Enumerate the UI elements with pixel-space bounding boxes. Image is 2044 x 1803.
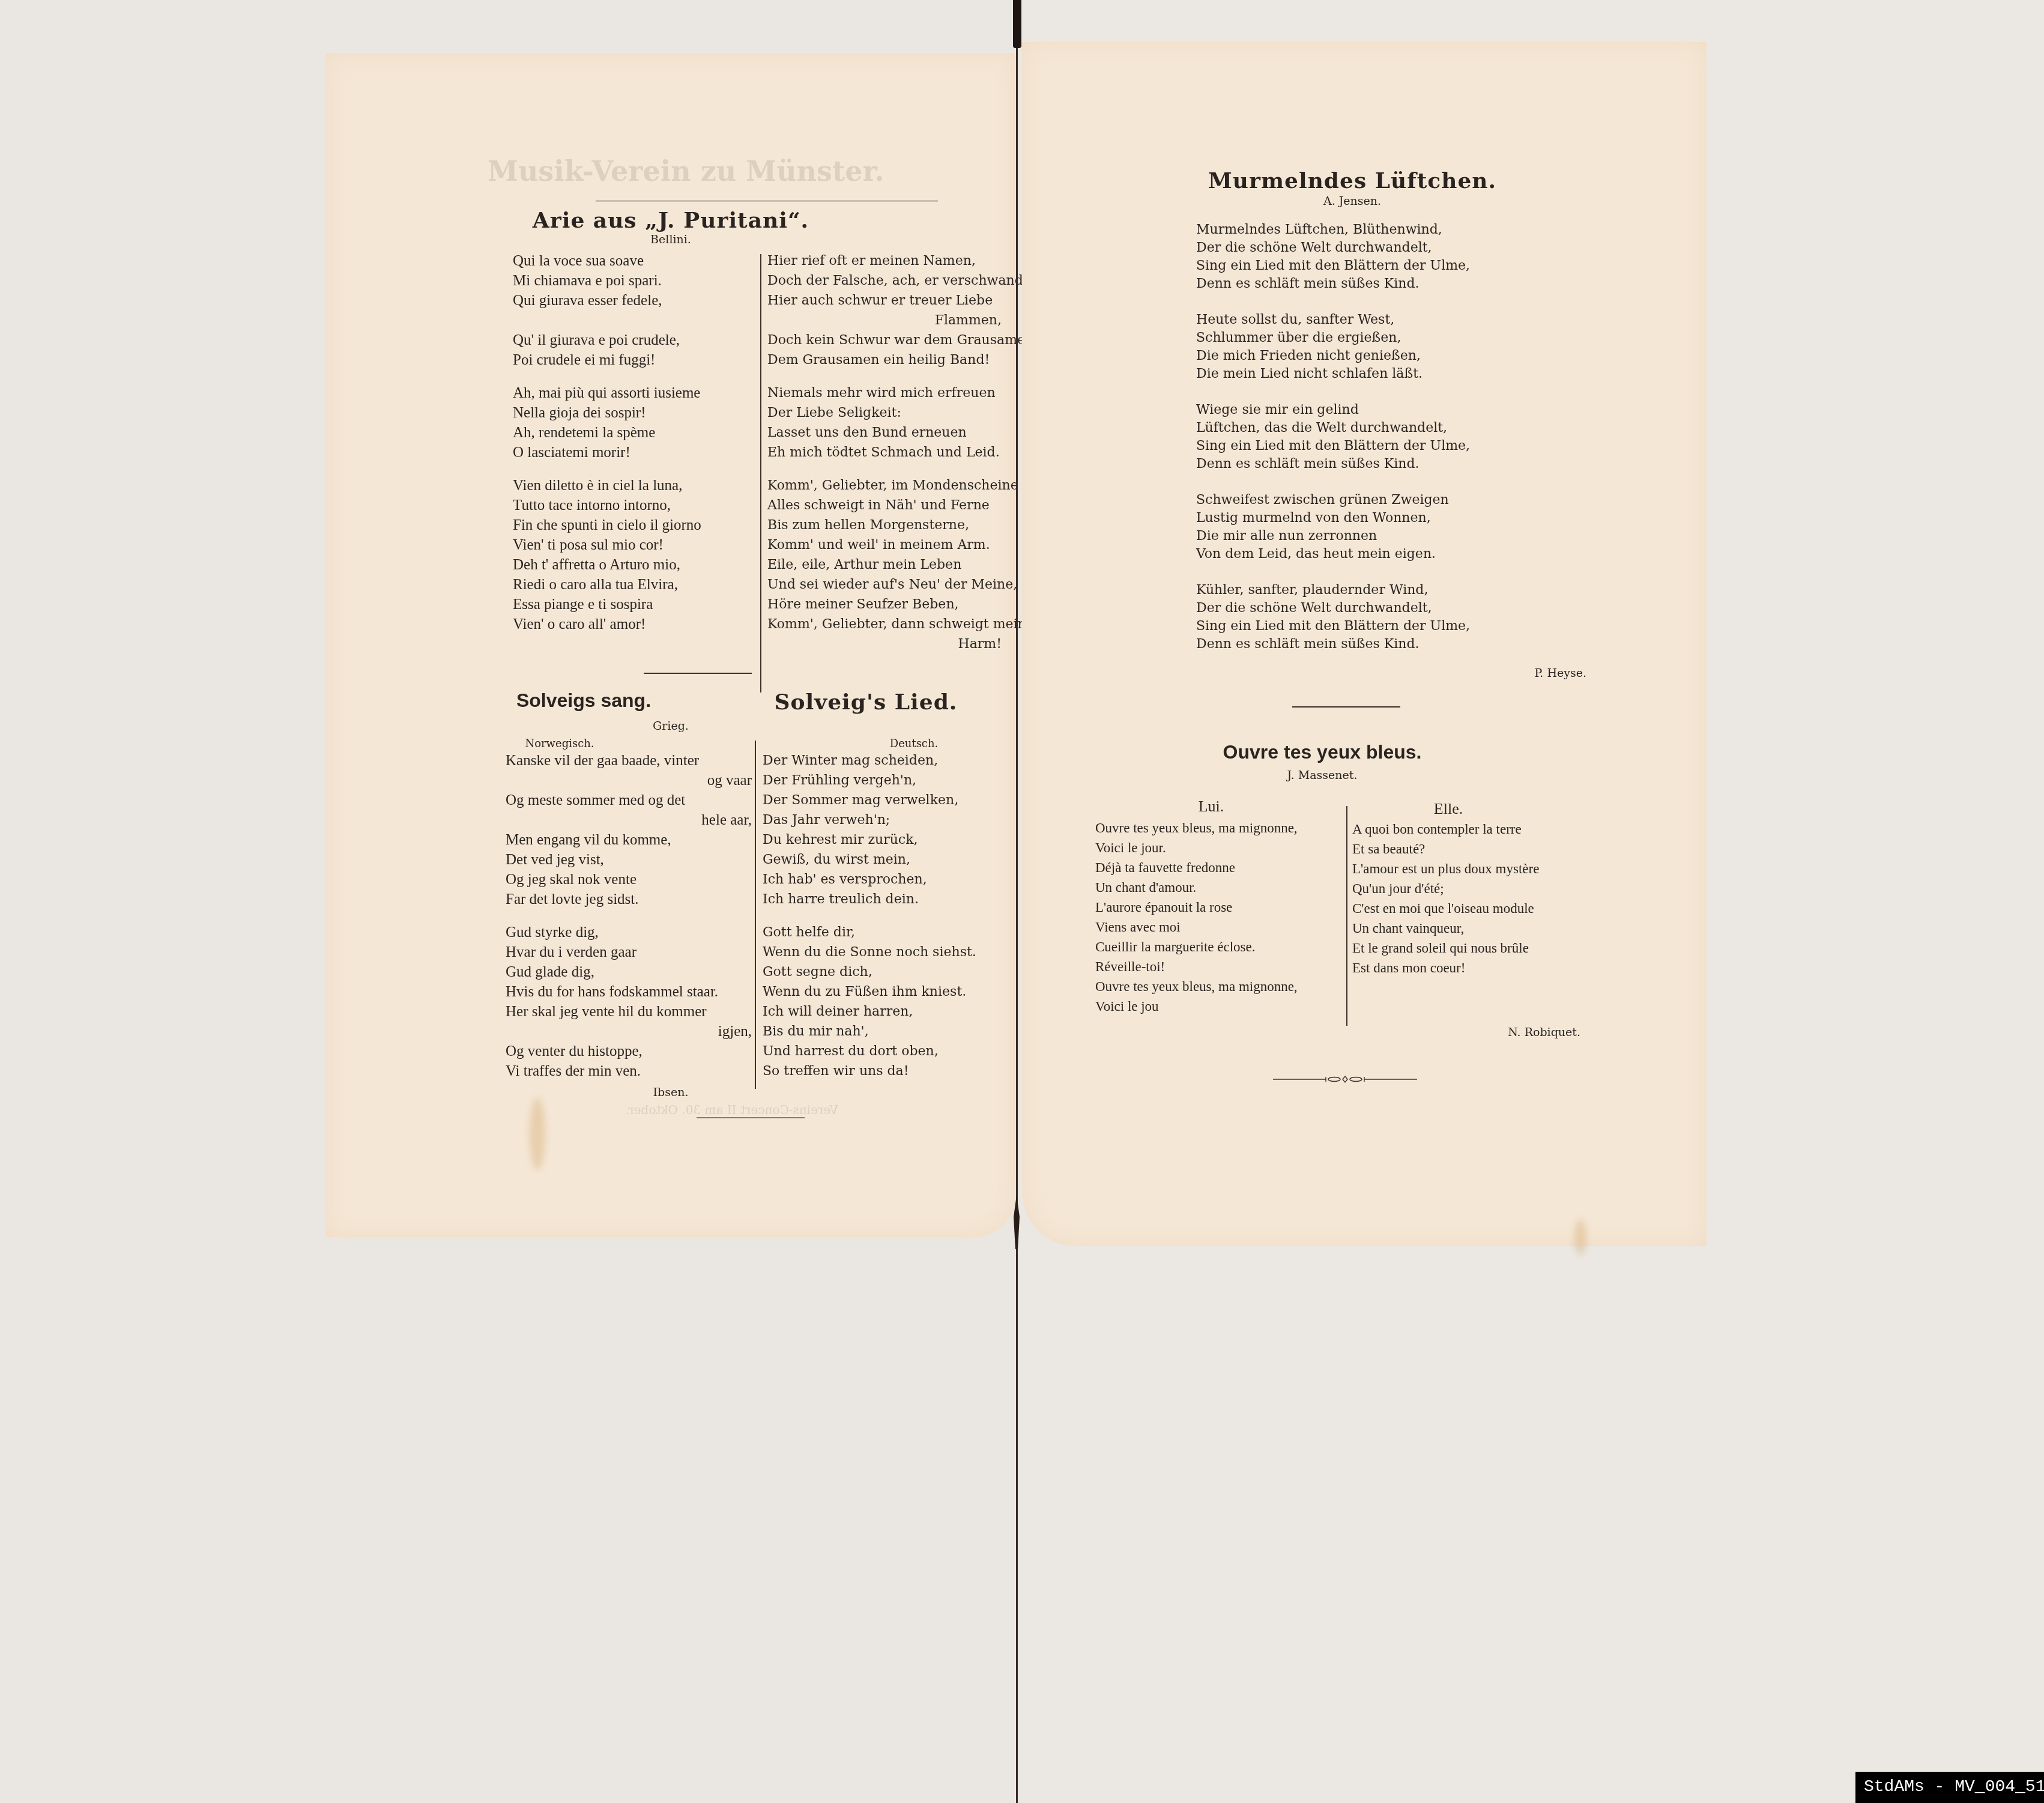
verse-line: Lasset uns den Bund erneuen: [767, 423, 1002, 443]
verse-line: Von dem Leid, das heut mein eigen.: [1196, 545, 1580, 563]
verse-line: Vien' ti posa sul mio cor!: [513, 535, 753, 555]
solveig-title-norwegian: Solveigs sang.: [494, 689, 674, 712]
solveig-author: Ibsen.: [325, 1086, 1016, 1099]
verse-line: Höre meiner Seufzer Beben,: [767, 595, 1002, 614]
verse-line: Wenn du die Sonne noch siehst.: [763, 942, 997, 962]
verse-line: Men engang vil du komme,: [506, 830, 752, 850]
verse-line: Gott helfe dir,: [763, 923, 997, 942]
verse-line: Deh t' affretta o Arturo mio,: [513, 555, 753, 575]
book-spine-gutter: [1016, 36, 1018, 1803]
verse-line: Heute sollst du, sanfter West,: [1196, 311, 1580, 329]
verse-line: Das Jahr verweh'n;: [763, 810, 997, 830]
solveig-norwegian-column: Kanske vil der gaa baade, vinter og vaar…: [506, 751, 752, 1081]
verse-line: Niemals mehr wird mich erfreuen: [767, 383, 1002, 403]
verse-line: Essa piange e ti sospira: [513, 595, 753, 614]
murmelndes-composer: A. Jensen.: [1142, 195, 1562, 208]
aria-italian-column: Qui la voce sua soave Mi chiamava e poi …: [513, 251, 753, 634]
verse-line: Komm' und weil' in meinem Arm.: [767, 535, 1002, 555]
verse-line: Vien' o caro all' amor!: [513, 614, 753, 634]
verse-line: Qui la voce sua soave: [513, 251, 753, 271]
section-rule: [644, 673, 752, 674]
verse-line: L'amour est un plus doux mystère: [1352, 859, 1604, 879]
ghost-footer: Vereins-Concert II am 30. Oktober.: [626, 1103, 838, 1117]
verse-line: Ah, rendetemi la spème: [513, 423, 753, 443]
verse-line: Qu' il giurava e poi crudele,: [513, 330, 753, 350]
ghost-header: Musik-Verein zu Münster.: [488, 155, 884, 187]
verse-line: Det ved jeg vist,: [506, 850, 752, 870]
verse-line: Qu'un jour d'été;: [1352, 879, 1604, 898]
verse-line: Denn es schläft mein süßes Kind.: [1196, 275, 1580, 293]
verse-line: Est dans mon coeur!: [1352, 958, 1604, 978]
verse-line: Murmelndes Lüftchen, Blüthenwind,: [1196, 221, 1580, 239]
verse-line: Un chant d'amour.: [1095, 877, 1347, 897]
verse-line: Schweifest zwischen grünen Zweigen: [1196, 491, 1580, 509]
verse-line: Qui giurava esser fedele,: [513, 291, 753, 311]
left-page: Musik-Verein zu Münster. Arie aus „J. Pu…: [325, 53, 1016, 1237]
verse-line: Fin che spunti in cielo il giorno: [513, 515, 753, 535]
verse-line: Gud styrke dig,: [506, 923, 752, 942]
verse-line: Der die schöne Welt durchwandelt,: [1196, 599, 1580, 617]
verse-line: Og venter du histoppe,: [506, 1041, 752, 1061]
verse-line: Ouvre tes yeux bleus, ma mignonne,: [1095, 818, 1347, 838]
verse-line: Mi chiamava e poi spari.: [513, 271, 753, 291]
verse-line: Bis zum hellen Morgensterne,: [767, 515, 1002, 535]
column-divider: [755, 741, 756, 1089]
verse-line: Déjà ta fauvette fredonne: [1095, 858, 1347, 877]
verse-line: Et le grand soleil qui nous brûle: [1352, 938, 1604, 958]
verse-line: Un chant vainqueur,: [1352, 918, 1604, 938]
verse-line: Kühler, sanfter, plaudernder Wind,: [1196, 581, 1580, 599]
verse-line: Gott segne dich,: [763, 962, 997, 982]
verse-line: L'aurore épanouit la rose: [1095, 897, 1347, 917]
verse-line: igjen,: [506, 1022, 752, 1041]
verse-line: Alles schweigt in Näh' und Ferne: [767, 495, 1002, 515]
verse-line: Nella gioja dei sospir!: [513, 403, 753, 423]
verse-line: Doch kein Schwur war dem Grausamen,: [767, 330, 1002, 350]
verse-line: Wiege sie mir ein gelind: [1196, 401, 1580, 419]
water-stain: [1574, 1219, 1586, 1255]
column-divider: [760, 254, 761, 692]
water-stain: [530, 1098, 545, 1170]
solveig-composer: Grieg.: [325, 720, 1016, 733]
verse-line: Du kehrest mir zurück,: [763, 830, 997, 850]
verse-line: Der Sommer mag verwelken,: [763, 790, 997, 810]
column-divider: [1346, 806, 1347, 1026]
verse-line: Sing ein Lied mit den Blättern der Ulme,: [1196, 437, 1580, 455]
archive-watermark: StdAMs - MV_004_511: [1855, 1772, 2044, 1803]
verse-line: Die mich Frieden nicht genießen,: [1196, 347, 1580, 365]
ouvre-author: N. Robiquet.: [1460, 1026, 1580, 1039]
verse-line: Denn es schläft mein süßes Kind.: [1196, 455, 1580, 473]
verse-line: Bis du mir nah',: [763, 1022, 997, 1041]
verse-line: A quoi bon contempler la terre: [1352, 819, 1604, 839]
verse-line: Lustig murmelnd von den Wonnen,: [1196, 509, 1580, 527]
verse-line: Der die schöne Welt durchwandelt,: [1196, 239, 1580, 257]
verse-line: Far det lovte jeg sidst.: [506, 889, 752, 909]
verse-line: Eile, eile, Arthur mein Leben: [767, 555, 1002, 575]
verse-line: Ich will deiner harren,: [763, 1002, 997, 1022]
solveig-german-column: Der Winter mag scheiden, Der Frühling ve…: [763, 751, 997, 1081]
verse-line: Dem Grausamen ein heilig Band!: [767, 350, 1002, 370]
ornamental-rule: [1273, 1075, 1417, 1083]
verse-line: Der Liebe Seligkeit:: [767, 403, 1002, 423]
verse-line: Ouvre tes yeux bleus, ma mignonne,: [1095, 977, 1347, 996]
verse-line: Og jeg skal nok vente: [506, 870, 752, 889]
aria-composer: Bellini.: [325, 233, 1016, 246]
verse-line: Gud glade dig,: [506, 962, 752, 982]
murmelndes-poem: Murmelndes Lüftchen, Blüthenwind, Der di…: [1196, 221, 1580, 653]
verse-line: Et sa beauté?: [1352, 839, 1604, 859]
column-header-lui: Lui.: [1142, 798, 1280, 816]
murmelndes-author: P. Heyse.: [1490, 667, 1586, 680]
verse-line: Harm!: [767, 634, 1002, 654]
verse-line: Hier auch schwur er treuer Liebe: [767, 291, 1002, 311]
verse-line: Hvis du for hans fodskammel staar.: [506, 982, 752, 1002]
verse-line: hele aar,: [506, 810, 752, 830]
verse-line: Der Frühling vergeh'n,: [763, 771, 997, 790]
aria-title: Arie aus „J. Puritani“.: [325, 208, 1016, 233]
verse-line: Die mein Lied nicht schlafen läßt.: [1196, 365, 1580, 383]
verse-line: Komm', Geliebter, dann schweigt mein: [767, 614, 1002, 634]
verse-line: Hier rief oft er meinen Namen,: [767, 251, 1002, 271]
verse-line: Ich hab' es versprochen,: [763, 870, 997, 889]
verse-line: Kanske vil der gaa baade, vinter: [506, 751, 752, 771]
verse-line: Riedi o caro alla tua Elvira,: [513, 575, 753, 595]
verse-line: Gewiß, du wirst mein,: [763, 850, 997, 870]
verse-line: Sing ein Lied mit den Blättern der Ulme,: [1196, 617, 1580, 635]
ouvre-composer: J. Massenet.: [1142, 769, 1502, 782]
verse-line: Denn es schläft mein süßes Kind.: [1196, 635, 1580, 653]
verse-line: Flammen,: [767, 311, 1002, 330]
solveig-title-german: Solveig's Lied.: [758, 689, 974, 715]
verse-line: Vien diletto è in ciel la luna,: [513, 476, 753, 495]
book-spine-top: [1013, 0, 1021, 48]
verse-line: Eh mich tödtet Schmach und Leid.: [767, 443, 1002, 462]
verse-line: C'est en moi que l'oiseau module: [1352, 898, 1604, 918]
verse-line: So treffen wir uns da!: [763, 1061, 997, 1081]
column-header-german: Deutsch.: [854, 738, 974, 750]
ouvre-elle-column: A quoi bon contempler la terre Et sa bea…: [1352, 819, 1604, 978]
verse-line: Und sei wieder auf's Neu' der Meine,: [767, 575, 1002, 595]
ouvre-lui-column: Ouvre tes yeux bleus, ma mignonne, Voici…: [1095, 818, 1347, 1016]
column-header-norwegian: Norwegisch.: [500, 738, 620, 750]
verse-line: Og meste sommer med og det: [506, 790, 752, 810]
verse-line: Her skal jeg vente hil du kommer: [506, 1002, 752, 1022]
ouvre-title: Ouvre tes yeux bleus.: [1142, 741, 1502, 763]
verse-line: Poi crudele ei mi fuggi!: [513, 350, 753, 370]
verse-line: Und harrest du dort oben,: [763, 1041, 997, 1061]
verse-line: og vaar: [506, 771, 752, 790]
verse-line: Der Winter mag scheiden,: [763, 751, 997, 771]
aria-german-column: Hier rief oft er meinen Namen, Doch der …: [767, 251, 1002, 654]
verse-line: O lasciatemi morir!: [513, 443, 753, 462]
verse-line: Sing ein Lied mit den Blättern der Ulme,: [1196, 257, 1580, 275]
verse-line: Cueillir la marguerite éclose.: [1095, 937, 1347, 957]
verse-line: Vi traffes der min ven.: [506, 1061, 752, 1081]
verse-line: Ich harre treulich dein.: [763, 889, 997, 909]
section-rule: [1292, 706, 1400, 708]
verse-line: Tutto tace intorno intorno,: [513, 495, 753, 515]
verse-line: Schlummer über die ergießen,: [1196, 329, 1580, 347]
verse-line: Hvar du i verden gaar: [506, 942, 752, 962]
verse-line: Wenn du zu Füßen ihm kniest.: [763, 982, 997, 1002]
verse-line: Voici le jou: [1095, 996, 1347, 1016]
ghost-footer-rule: [697, 1117, 805, 1118]
murmelndes-title: Murmelndes Lüftchen.: [1142, 168, 1562, 193]
verse-line: Viens avec moi: [1095, 917, 1347, 937]
verse-line: Lüftchen, das die Welt durchwandelt,: [1196, 419, 1580, 437]
verse-line: Doch der Falsche, ach, er verschwand;: [767, 271, 1002, 291]
verse-line: Die mir alle nun zerronnen: [1196, 527, 1580, 545]
verse-line: Voici le jour.: [1095, 838, 1347, 858]
verse-line: Réveille-toi!: [1095, 957, 1347, 977]
right-page: Murmelndes Lüftchen. A. Jensen. Murmelnd…: [1022, 42, 1707, 1246]
column-header-elle: Elle.: [1364, 800, 1532, 818]
ghost-rule: [596, 200, 938, 202]
verse-line: Ah, mai più qui assorti iusieme: [513, 383, 753, 403]
verse-line: Komm', Geliebter, im Mondenscheine: [767, 476, 1002, 495]
